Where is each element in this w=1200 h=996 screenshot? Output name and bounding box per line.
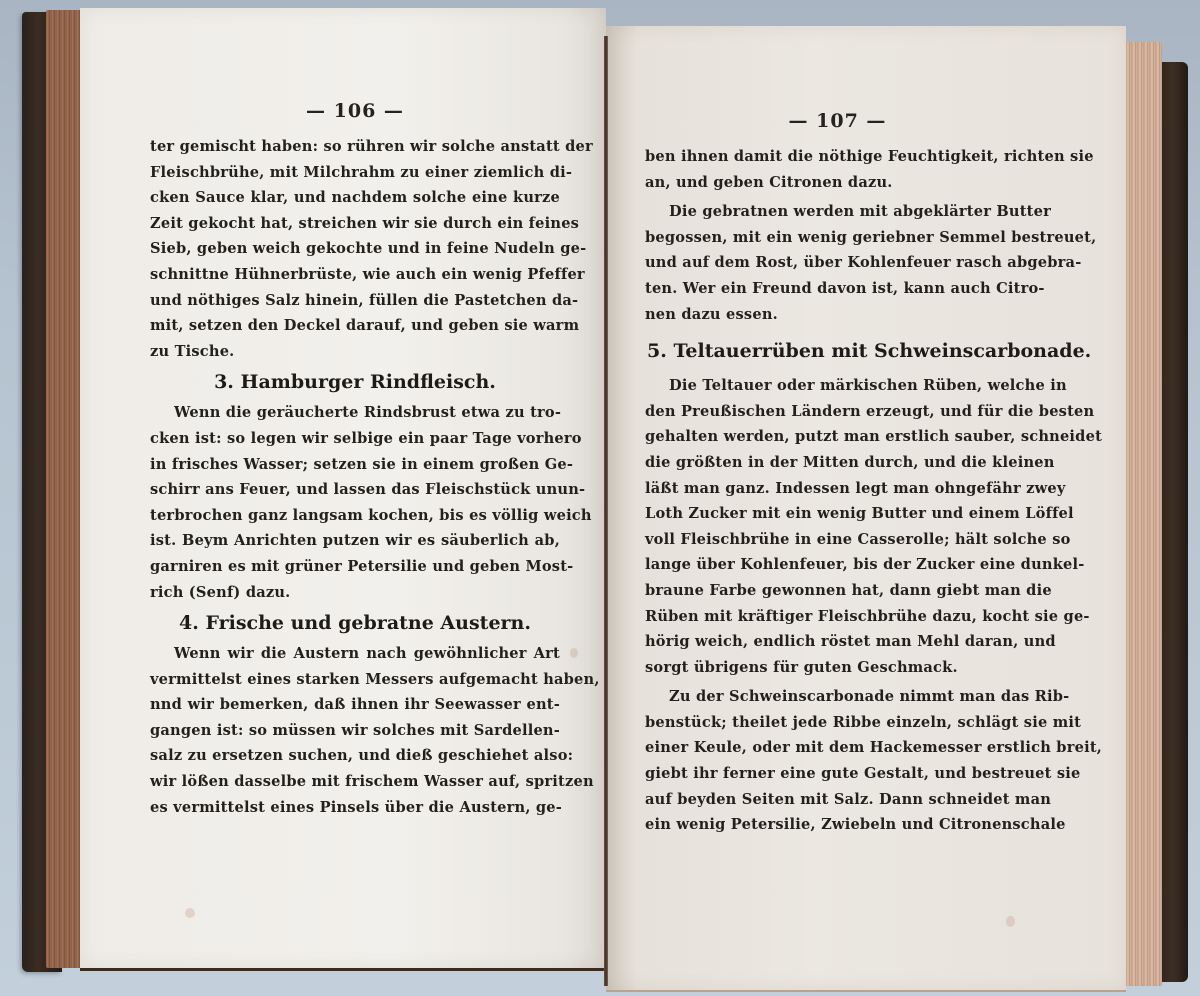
text-line: begossen, mit ein wenig geriebner Semmel… [645,225,1030,251]
text-line: und auf dem Rost, über Kohlenfeuer rasch… [645,250,1030,276]
text-line: Zeit gekocht hat, streichen wir sie durc… [150,211,560,237]
paragraph: ter gemischt haben: so rühren wir solche… [150,134,560,364]
text-line: sorgt übrigens für guten Geschmack. [645,655,1030,681]
section-heading: 5. Teltauerrüben mit Schweinscarbonade. [645,333,1030,369]
text-line: Wenn wir die Austern nach gewöhnlicher A… [150,641,560,667]
text-line: Wenn die geräucherte Rindsbrust etwa zu … [150,400,560,426]
text-line: Die gebratnen werden mit abgeklärter But… [645,199,1030,225]
text-line: ben ihnen damit die nöthige Feuchtigkeit… [645,144,1030,170]
text-line: gehalten werden, putzt man erstlich saub… [645,424,1030,450]
text-line: in frisches Wasser; setzen sie in einem … [150,452,560,478]
text-line: schirr ans Feuer, und lassen das Fleisch… [150,477,560,503]
paragraph: Die Teltauer oder märkischen Rüben, welc… [645,373,1030,680]
paragraph: ben ihnen damit die nöthige Feuchtigkeit… [645,144,1030,195]
text-line: benstück; theilet jede Ribbe einzeln, sc… [645,710,1030,736]
text-line: Die Teltauer oder märkischen Rüben, welc… [645,373,1030,399]
page-edges-right [1124,42,1162,986]
text-line: nen dazu essen. [645,302,1030,328]
page-number: — 106 — [150,100,560,126]
text-line: Sieb, geben weich gekochte und in feine … [150,236,560,262]
paragraph: Die gebratnen werden mit abgeklärter But… [645,199,1030,327]
page-edges-left [46,10,82,968]
text-line: ein wenig Petersilie, Zwiebeln und Citro… [645,812,1030,838]
paragraph: Wenn die geräucherte Rindsbrust etwa zu … [150,400,560,605]
text-line: Fleischbrühe, mit Milchrahm zu einer zie… [150,160,560,186]
paragraph: Zu der Schweinscarbonade nimmt man das R… [645,684,1030,838]
text-line: voll Fleischbrühe in eine Casserolle; hä… [645,527,1030,553]
text-line: den Preußischen Ländern erzeugt, und für… [645,399,1030,425]
section-heading: 3. Hamburger Rindfleisch. [150,364,560,400]
section-heading: 4. Frische und gebratne Austern. [150,605,560,641]
paper-stain [1006,916,1015,927]
text-line: giebt ihr ferner eine gute Gestalt, und … [645,761,1030,787]
text-line: wir lößen dasselbe mit frischem Wasser a… [150,769,560,795]
text-line: gangen ist: so müssen wir solches mit Sa… [150,718,560,744]
text-line: nnd wir bemerken, daß ihnen ihr Seewasse… [150,692,560,718]
book-gutter [604,36,608,986]
text-line: läßt man ganz. Indessen legt man ohngefä… [645,476,1030,502]
text-line: braune Farbe gewonnen hat, dann giebt ma… [645,578,1030,604]
text-line: hörig weich, endlich röstet man Mehl dar… [645,629,1030,655]
text-line: Loth Zucker mit ein wenig Butter und ein… [645,501,1030,527]
text-line: einer Keule, oder mit dem Hackemesser er… [645,735,1030,761]
text-line: mit, setzen den Deckel darauf, und geben… [150,313,560,339]
text-line: cken ist: so legen wir selbige ein paar … [150,426,560,452]
paper-stain [570,648,578,658]
text-line: zu Tische. [150,339,560,365]
text-line: die größten in der Mitten durch, und die… [645,450,1030,476]
left-page-text: — 106 — ter gemischt haben: so rühren wi… [150,100,560,820]
book-cover-right [1158,62,1188,982]
text-line: ist. Beym Anrichten putzen wir es säuber… [150,528,560,554]
text-line: terbrochen ganz langsam kochen, bis es v… [150,503,560,529]
page-number: — 107 — [645,110,1030,136]
text-line: rich (Senf) dazu. [150,580,560,606]
text-line: schnittne Hühnerbrüste, wie auch ein wen… [150,262,560,288]
text-line: cken Sauce klar, und nachdem solche eine… [150,185,560,211]
paper-stain [185,908,195,918]
text-line: vermittelst eines starken Messers aufgem… [150,667,560,693]
text-line: und nöthiges Salz hinein, füllen die Pas… [150,288,560,314]
text-line: auf beyden Seiten mit Salz. Dann schneid… [645,787,1030,813]
text-line: Zu der Schweinscarbonade nimmt man das R… [645,684,1030,710]
open-book: — 106 — ter gemischt haben: so rühren wi… [0,0,1200,996]
text-line: lange über Kohlenfeuer, bis der Zucker e… [645,552,1030,578]
text-line: Rüben mit kräftiger Fleischbrühe dazu, k… [645,604,1030,630]
paragraph: Wenn wir die Austern nach gewöhnlicher A… [150,641,560,820]
right-page-text: — 107 — ben ihnen damit die nöthige Feuc… [645,110,1030,838]
text-line: es vermittelst eines Pinsels über die Au… [150,795,560,821]
text-line: salz zu ersetzen suchen, und dieß geschi… [150,743,560,769]
text-line: ter gemischt haben: so rühren wir solche… [150,134,560,160]
text-line: ten. Wer ein Freund davon ist, kann auch… [645,276,1030,302]
text-line: garniren es mit grüner Petersilie und ge… [150,554,560,580]
text-line: an, und geben Citronen dazu. [645,170,1030,196]
